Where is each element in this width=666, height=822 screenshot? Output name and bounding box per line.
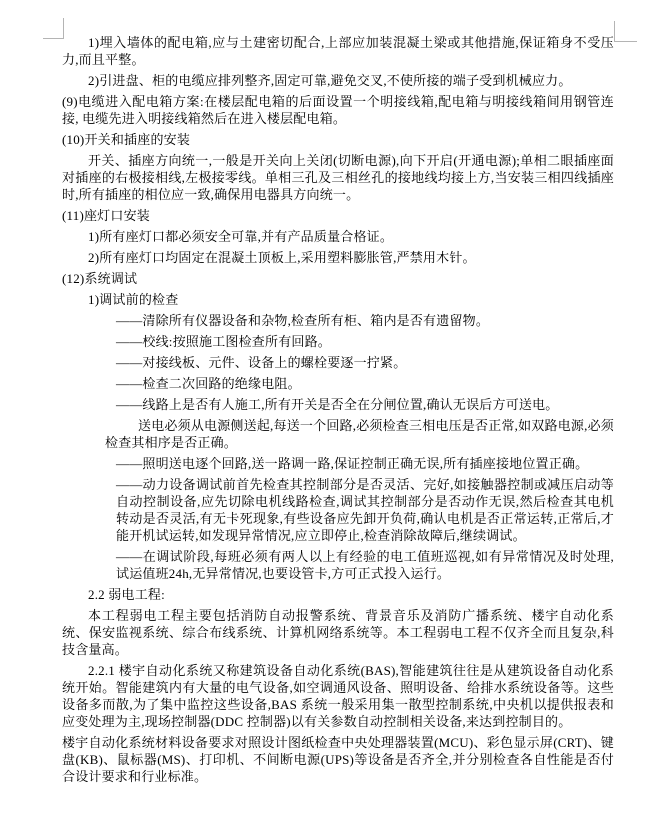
document-page: 1)埋入墙体的配电箱,应与土建密切配合,上部应加装混凝土梁或其他措施,保证箱身不… — [0, 0, 666, 822]
dash-list-item: ——检查二次回路的绝缘电阻。 — [116, 375, 614, 392]
text-boundary-mark-top-right — [614, 21, 637, 42]
dash-list-item: ——动力设备调试前首先检查其控制部分是否灵活、完好,如接触器控制或减压启动等自动… — [116, 476, 614, 544]
body-paragraph: (9)电缆进入配电箱方案:在楼层配电箱的后面设置一个明接线箱,配电箱与明接线箱间… — [62, 93, 614, 127]
dash-list-item: ——清除所有仪器设备和杂物,检查所有柜、箱内是否有遗留物。 — [116, 312, 614, 329]
numbered-item: 2)所有座灯口均固定在混凝土顶板上,采用塑料膨胀管,严禁用木针。 — [62, 249, 614, 266]
section-heading: (10)开关和插座的安装 — [62, 131, 614, 148]
body-paragraph: 楼宇自动化系统材料设备要求对照设计图纸检查中央处理器装置(MCU)、彩色显示屏(… — [62, 734, 614, 785]
dash-list-item: ——照明送电逐个回路,送一路调一路,保证控制正确无误,所有插座接地位置正确。 — [116, 455, 614, 472]
section-heading: (11)座灯口安装 — [62, 207, 614, 224]
section-heading: 2.2 弱电工程: — [62, 586, 614, 603]
dash-list-item: ——线路上是否有人施工,所有开关是否全在分闸位置,确认无误后方可送电。 — [116, 396, 614, 413]
numbered-item: 2)引进盘、柜的电缆应排列整齐,固定可靠,避免交叉,不使所接的端子受到机械应力。 — [62, 72, 614, 89]
subsection-heading: 1)调试前的检查 — [62, 291, 614, 308]
text-boundary-mark-top-left — [43, 18, 64, 39]
body-paragraph: 本工程弱电工程主要包括消防自动报警系统、背景音乐及消防广播系统、楼宇自动化系统、… — [62, 607, 614, 658]
dash-list-item: ——在调试阶段,每班必须有两人以上有经验的电工值班巡视,如有异常情况及时处理,试… — [116, 548, 614, 582]
body-paragraph: 开关、插座方向统一,一般是开关向上关闭(切断电源),向下开启(开通电源);单相二… — [62, 152, 614, 203]
dash-list-item: ——对接线板、元件、设备上的螺栓要逐一拧紧。 — [116, 354, 614, 371]
document-text-area[interactable]: 1)埋入墙体的配电箱,应与土建密切配合,上部应加装混凝土梁或其他措施,保证箱身不… — [62, 34, 614, 789]
numbered-item: 1)埋入墙体的配电箱,应与土建密切配合,上部应加装混凝土梁或其他措施,保证箱身不… — [62, 34, 614, 68]
section-heading: (12)系统调试 — [62, 270, 614, 287]
body-paragraph: 2.2.1 楼宇自动化系统又称建筑设备自动化系统(BAS),智能建筑往往是从建筑… — [62, 662, 614, 730]
numbered-item: 1)所有座灯口都必须安全可靠,并有产品质量合格证。 — [62, 228, 614, 245]
dash-list-item: ——校线:按照施工图检查所有回路。 — [116, 333, 614, 350]
body-paragraph: 送电必须从电源侧送起,每送一个回路,必须检查三相电压是否正常,如双路电源,必须检… — [105, 417, 614, 451]
